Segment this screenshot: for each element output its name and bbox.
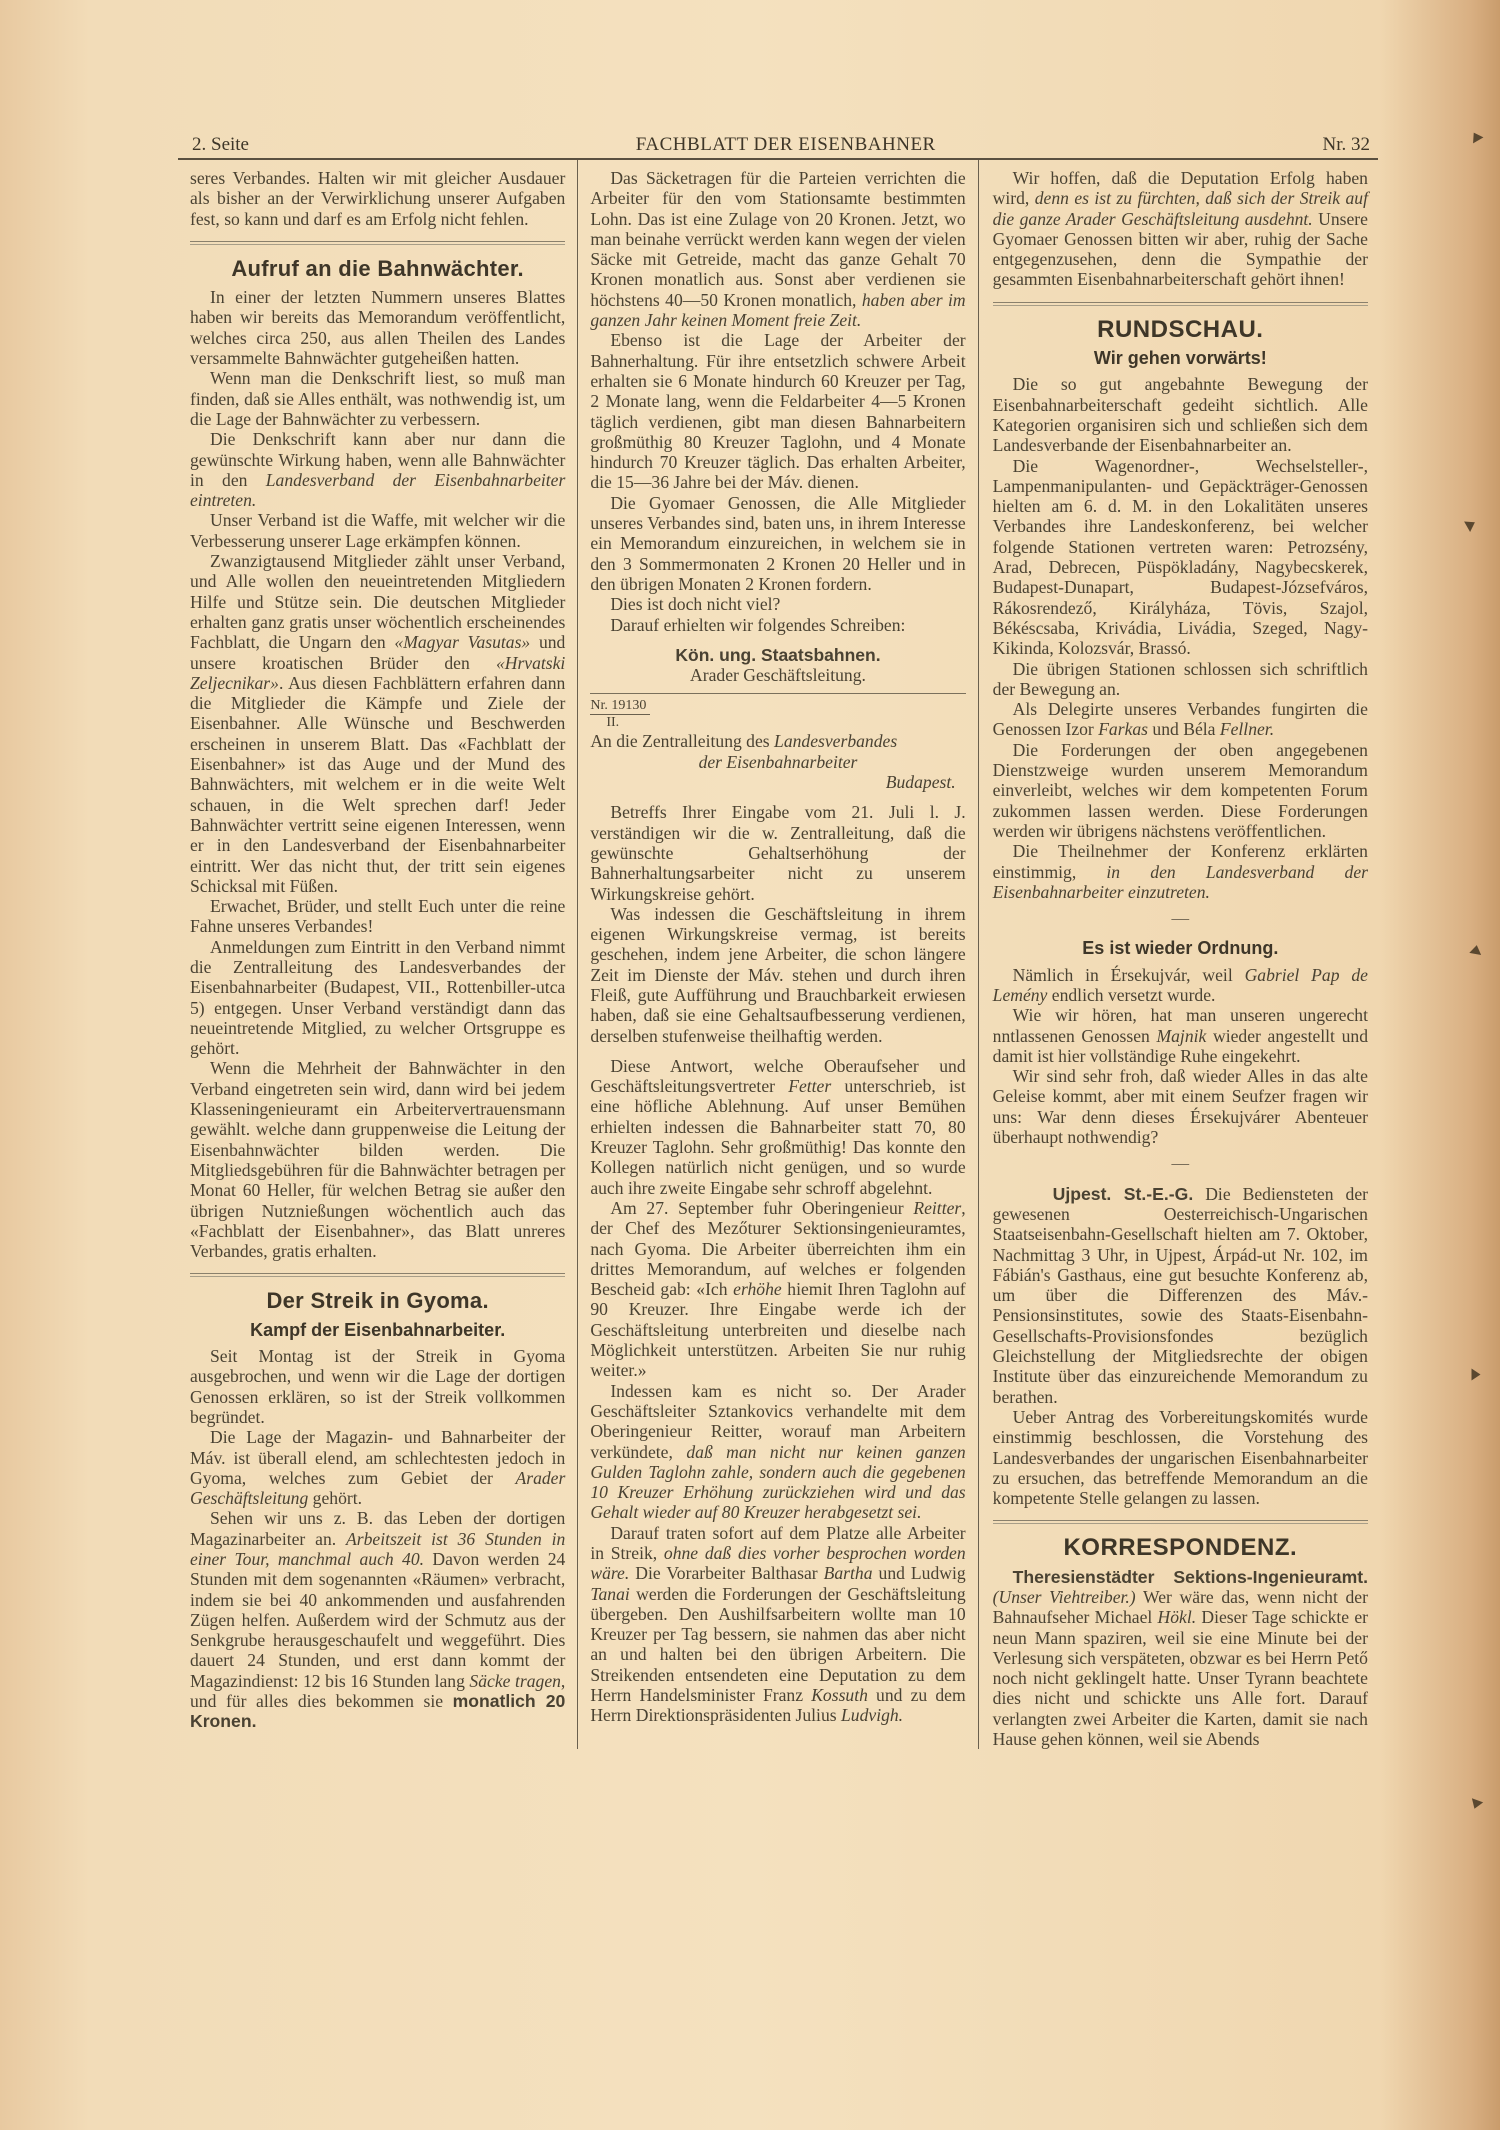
section-rundschau: RUNDSCHAU. Wir gehen vorwärts! Die so gu… xyxy=(993,320,1368,902)
page-number: 2. Seite xyxy=(192,134,249,156)
short-divider: — xyxy=(993,908,1368,928)
short-divider: — xyxy=(993,1153,1368,1173)
paragraph: Wie wir hören, hat man unseren ungerecht… xyxy=(993,1005,1368,1066)
paragraph: Anmeldungen zum Eintritt in den Verband … xyxy=(190,937,565,1059)
continued-paragraph: seres Verbandes. Halten wir mit gleicher… xyxy=(190,168,565,229)
article-ujpest: Ujpest. St.-E.-G. Die Bediensteten der g… xyxy=(993,1184,1368,1509)
binding-mark-icon xyxy=(1469,130,1484,144)
paragraph: Die Denkschrift kann aber nur dann die g… xyxy=(190,429,565,510)
paragraph: Theresienstädter Sektions-Ingenieuramt. … xyxy=(993,1567,1368,1750)
paragraph: Sehen wir uns z. B. das Leben der dortig… xyxy=(190,1508,565,1731)
paragraph: Wenn die Mehrheit der Bahnwächter in den… xyxy=(190,1058,565,1261)
paragraph: Darauf traten sofort auf dem Platze alle… xyxy=(590,1523,965,1726)
paragraph: Die Gyomaer Genossen, die Alle Mitgliede… xyxy=(590,493,965,594)
article-ordnung: Es ist wieder Ordnung. Nämlich in Érseku… xyxy=(993,938,1368,1147)
publication-title: FACHBLATT DER EISENBAHNER xyxy=(636,134,936,156)
article-title: Wir gehen vorwärts! xyxy=(993,348,1368,368)
letter-organization: Kön. ung. Staatsbahnen. xyxy=(590,645,965,665)
letter-reference: Nr. 19130 II. xyxy=(590,698,965,731)
article-title: Der Streik in Gyoma. xyxy=(190,1291,565,1311)
paragraph: Unser Verband ist die Waffe, mit welcher… xyxy=(190,510,565,551)
page-header: 2. Seite FACHBLATT DER EISENBAHNER Nr. 3… xyxy=(178,128,1378,160)
letter-department: Arader Geschäftsleitung. xyxy=(590,665,965,685)
columns: seres Verbandes. Halten wir mit gleicher… xyxy=(178,160,1378,1749)
binding-mark-icon xyxy=(1469,1798,1483,1811)
article-aufruf: Aufruf an die Bahnwächter. In einer der … xyxy=(190,259,565,1262)
section-divider xyxy=(993,302,1368,306)
article-title: Aufruf an die Bahnwächter. xyxy=(190,259,565,279)
paragraph: Ebenso ist die Lage der Arbeiter der Bah… xyxy=(590,330,965,492)
letter: Kön. ung. Staatsbahnen. Arader Geschäfts… xyxy=(590,645,965,1056)
paragraph: Die Theilnehmer der Konferenz erklärten … xyxy=(993,841,1368,902)
paragraph: Wir sind sehr froh, daß wieder Alles in … xyxy=(993,1066,1368,1147)
binding-mark-icon xyxy=(1469,944,1482,955)
paragraph: Ujpest. St.-E.-G. Die Bediensteten der g… xyxy=(993,1184,1368,1407)
letter-paragraph: Was indessen die Geschäftsleitung in ihr… xyxy=(590,904,965,1046)
issue-number: Nr. 32 xyxy=(1322,134,1370,156)
paragraph: Erwachet, Brüder, und stellt Euch unter … xyxy=(190,896,565,937)
letter-divider xyxy=(590,693,965,694)
column-3: Wir hoffen, daß die Deputation Erfolg ha… xyxy=(978,160,1378,1749)
section-divider xyxy=(190,1273,565,1277)
paragraph: Wir hoffen, daß die Deputation Erfolg ha… xyxy=(993,168,1368,290)
letter-address: An die Zentralleitung des Landesverbande… xyxy=(590,731,965,751)
newspaper-page: 2. Seite FACHBLATT DER EISENBAHNER Nr. 3… xyxy=(178,128,1378,1749)
column-1: seres Verbandes. Halten wir mit gleicher… xyxy=(178,160,577,1749)
article-subtitle: Kampf der Eisenbahnarbeiter. xyxy=(190,1320,565,1340)
paragraph: Zwanzigtausend Mitglieder zählt unser Ve… xyxy=(190,551,565,896)
paragraph: Die übrigen Stationen schlossen sich sch… xyxy=(993,659,1368,700)
letter-address-line2: der Eisenbahnarbeiter xyxy=(590,752,965,772)
article-title: Es ist wieder Ordnung. xyxy=(993,938,1368,958)
section-title: RUNDSCHAU. xyxy=(993,320,1368,340)
paragraph: Wenn man die Denkschrift liest, so muß m… xyxy=(190,368,565,429)
paragraph: Die so gut angebahnte Bewegung der Eisen… xyxy=(993,374,1368,455)
section-korrespondenz: KORRESPONDENZ. Theresienstädter Sektions… xyxy=(993,1538,1368,1749)
article-streik: Der Streik in Gyoma. Kampf der Eisenbahn… xyxy=(190,1291,565,1731)
paragraph: Die Forderungen der oben angegebenen Die… xyxy=(993,740,1368,841)
paragraph: Darauf erhielten wir folgendes Schreiben… xyxy=(590,615,965,635)
paragraph: Am 27. September fuhr Oberingenieur Reit… xyxy=(590,1198,965,1381)
paragraph: Indessen kam es nicht so. Der Arader Ges… xyxy=(590,1381,965,1523)
column-2: Das Säcketragen für die Parteien verrich… xyxy=(577,160,977,1749)
paragraph: Als Delegirte unseres Verbandes fungirte… xyxy=(993,699,1368,740)
paragraph: Seit Montag ist der Streik in Gyoma ausg… xyxy=(190,1346,565,1427)
paragraph: Ueber Antrag des Vorbereitungskomités wu… xyxy=(993,1407,1368,1508)
letter-paragraph: Betreffs Ihrer Eingabe vom 21. Juli l. J… xyxy=(590,802,965,903)
paragraph: In einer der letzten Nummern unseres Bla… xyxy=(190,287,565,368)
paragraph: Die Lage der Magazin- und Bahnarbeiter d… xyxy=(190,1427,565,1508)
section-divider xyxy=(993,1520,1368,1524)
paragraph: Nämlich in Érsekujvár, weil Gabriel Pap … xyxy=(993,965,1368,1006)
paragraph: Diese Antwort, welche Oberaufseher und G… xyxy=(590,1056,965,1198)
letter-city: Budapest. xyxy=(590,772,965,792)
paragraph: Das Säcketragen für die Parteien verrich… xyxy=(590,168,965,330)
binding-mark-icon xyxy=(1472,1369,1481,1381)
section-title: KORRESPONDENZ. xyxy=(993,1538,1368,1558)
binding-mark-icon xyxy=(1464,517,1478,532)
section-divider xyxy=(190,241,565,245)
paragraph: Die Wagenordner-, Wechselsteller-, Lampe… xyxy=(993,456,1368,659)
paragraph: Dies ist doch nicht viel? xyxy=(590,594,965,614)
